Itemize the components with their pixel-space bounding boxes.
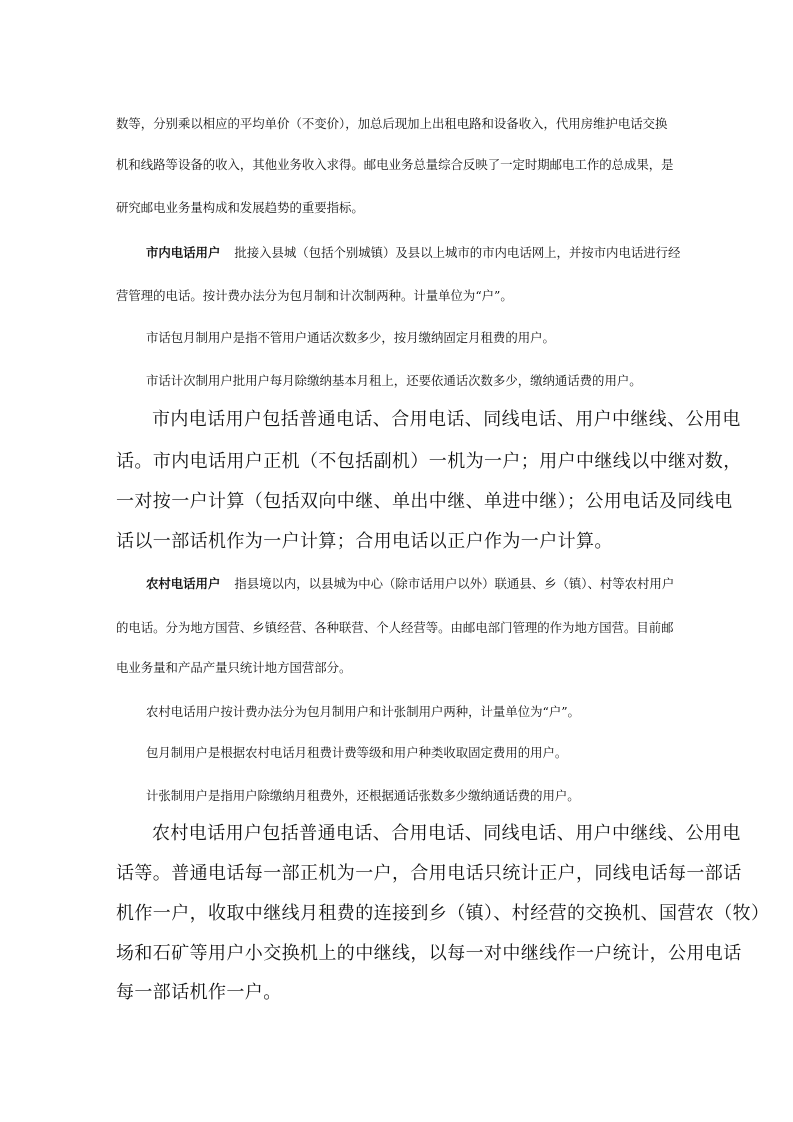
text-line: 包月制用户是根据农村电话月租费计费等级和用户种类收取固定费用的用户。 (146, 747, 567, 759)
text-line: 研究邮电业务量构成和发展趋势的重要指标。 (116, 202, 364, 214)
text-line: 市话计次制用户批用户每月除缴纳基本月租上，还要依通话次数多少，缴纳通话费的用户。 (146, 375, 642, 387)
text-line: 电业务量和产品产量只统计地方国营部分。 (116, 662, 351, 674)
text-line: 市话包月制用户是指不管用户通话次数多少，按月缴纳固定月租费的用户。 (146, 332, 555, 344)
text-line: 的电话。分为地方国营、乡镇经营、各种联营、个人经营等。由邮电部门管理的作为地方国… (116, 622, 674, 634)
definition-line: 农村电话用户指县境以内，以县城为中心（除市话用户以外）联通县、乡（镇）、村等农村… (146, 578, 674, 590)
text-line: 话等。普通电话每一部正机为一户，合用电话只统计正户，同线电话每一部话 (116, 865, 742, 883)
text-line: 数等，分别乘以相应的平均单价（不变价），加总后现加上出租电路和设备收入，代用房维… (116, 118, 667, 130)
text-line: 计张制用户是指用户除缴纳月租费外，还根据通话张数多少缴纳通话费的用户。 (146, 790, 580, 802)
text-line: 场和石矿等用户小交换机上的中继线，以每一对中继线作一户统计，公用电话 (116, 945, 742, 963)
text-line: 话以一部话机作为一户计算；合用电话以正户作为一户计算。 (116, 533, 613, 551)
text-line: 机作一户，收取中继线月租费的连接到乡（镇）、村经营的交换机、国营农（牧） (116, 905, 769, 923)
text-span: 批接入县城（包括个别城镇）及县以上城市的市内电话网上，并按市内电话进行经 (234, 245, 680, 260)
text-span: 指县境以内，以县城为中心（除市话用户以外）联通县、乡（镇）、村等农村用户 (234, 576, 674, 591)
text-line: 农村电话用户按计费办法分为包月制用户和计张制用户两种，计量单位为“户”。 (146, 706, 580, 718)
text-line: 营管理的电话。按计费办法分为包月制和计次制两种。计量单位为“户”。 (116, 290, 513, 302)
text-line: 一对按一户计算（包括双向中继、单出中继、单进中继）；公用电话及同线电 (116, 493, 733, 511)
text-line: 机和线路等设备的收入，其他业务收入求得。邮电业务总量综合反映了一定时期邮电工作的… (116, 159, 674, 171)
term-heading: 市内电话用户 (146, 245, 220, 260)
term-heading: 农村电话用户 (146, 576, 220, 591)
text-line: 每一部话机作一户。 (116, 984, 282, 1002)
text-line: 农村电话用户包括普通电话、合用电话、同线电话、用户中继线、公用电 (152, 825, 741, 843)
text-line: 话。市内电话用户正机（不包括副机）一机为一户；用户中继线以中继对数， (116, 453, 742, 471)
definition-line: 市内电话用户批接入县城（包括个别城镇）及县以上城市的市内电话网上，并按市内电话进… (146, 247, 680, 259)
text-line: 市内电话用户包括普通电话、合用电话、同线电话、用户中继线、公用电 (152, 411, 741, 429)
